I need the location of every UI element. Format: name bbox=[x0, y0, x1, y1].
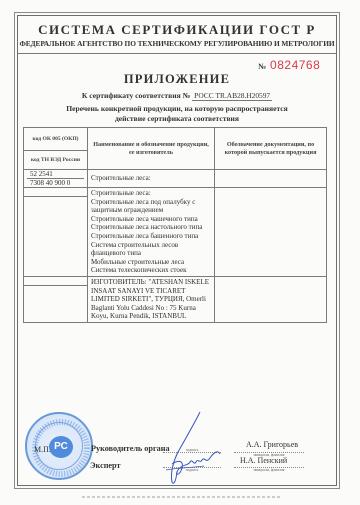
expert-name-caption: инициалы, фамилия bbox=[234, 468, 304, 472]
handwritten-signature-icon bbox=[160, 410, 235, 490]
product-name-cell: Строительные леса: bbox=[88, 170, 215, 188]
head-name: А.А. Григорьев bbox=[246, 440, 298, 449]
code-cell-empty bbox=[24, 188, 88, 277]
product-item: Система телескопических стоек bbox=[91, 266, 211, 275]
product-item: Строительные леса чашечного типа bbox=[91, 215, 211, 224]
header-divider bbox=[17, 53, 337, 54]
code-tn-value: 7308 40 900 0 bbox=[27, 179, 84, 187]
header-code-ok: код ОК 005 (ОКП) bbox=[24, 128, 88, 151]
certificate-ref-value: РОСС TR.АВ28.Н20597 bbox=[192, 91, 272, 101]
code-cell: 52 2541 7308 40 900 0 bbox=[24, 170, 88, 188]
list-heading: Перечень конкретной продукции, на котору… bbox=[17, 104, 337, 123]
certificate-ref-label: К сертификату соответствия № bbox=[82, 91, 190, 100]
certificate-reference: К сертификату соответствия № РОСС TR.АВ2… bbox=[17, 91, 337, 100]
list-heading-line1: Перечень конкретной продукции, на котору… bbox=[17, 104, 337, 114]
table-row: ИЗГОТОВИТЕЛЬ: "ATESHAN ISKELE INSAAT SAN… bbox=[24, 276, 327, 322]
product-item: Строительные леса под опалубку с защитны… bbox=[91, 198, 211, 215]
product-item: Мобильные строительные леса bbox=[91, 258, 211, 267]
form-number: №0824768 bbox=[258, 58, 320, 72]
table-row: 52 2541 7308 40 900 0 Строительные леса: bbox=[24, 170, 327, 188]
head-of-body-label: Руководитель органа bbox=[91, 444, 170, 453]
system-title: СИСТЕМА СЕРТИФИКАЦИИ ГОСТ Р bbox=[17, 22, 337, 38]
product-name-cell: Строительные леса: Строительные леса под… bbox=[88, 188, 215, 277]
expert-label: Эксперт bbox=[90, 461, 121, 470]
code-ok-value: 52 2541 bbox=[27, 170, 84, 179]
table-header-row: код ОК 005 (ОКП) Наименование и обозначе… bbox=[24, 128, 327, 151]
product-item: Строительные леса башенного типа bbox=[91, 232, 211, 241]
code-subcell-empty bbox=[24, 188, 87, 197]
code-cell-empty bbox=[24, 276, 88, 322]
expert-name: Н.А. Пенский bbox=[240, 456, 287, 465]
list-heading-line2: действие сертификата соответствия bbox=[17, 114, 337, 124]
manufacturer-cell: ИЗГОТОВИТЕЛЬ: "ATESHAN ISKELE INSAAT SAN… bbox=[88, 276, 215, 322]
form-number-prefix: № bbox=[258, 62, 266, 71]
document-title: ПРИЛОЖЕНИЕ bbox=[17, 72, 337, 87]
form-number-value: 0824768 bbox=[270, 58, 320, 72]
agency-name: ФЕДЕРАЛЬНОЕ АГЕНТСТВО ПО ТЕХНИЧЕСКОМУ РЕ… bbox=[17, 39, 337, 48]
documentation-cell bbox=[215, 170, 327, 188]
footer-fine-print bbox=[82, 496, 282, 498]
documentation-cell bbox=[215, 188, 327, 277]
header-code-tn: код ТН ВЭД России bbox=[24, 151, 88, 170]
table-row: Строительные леса: Строительные леса под… bbox=[24, 188, 327, 277]
header-product-name: Наименование и обозначение продукции, ее… bbox=[88, 128, 215, 170]
code-subcell-empty bbox=[24, 277, 87, 286]
product-item: Строительные леса: bbox=[91, 189, 211, 198]
stamp-mp-label: М.П. bbox=[34, 445, 51, 454]
product-table: код ОК 005 (ОКП) Наименование и обозначе… bbox=[23, 127, 327, 323]
product-item: Система строительных лесов фланцевого ти… bbox=[91, 241, 211, 258]
documentation-cell bbox=[215, 276, 327, 322]
header-documentation: Обозначение документации, по которой вып… bbox=[215, 128, 327, 170]
rs-mark-icon: РС bbox=[49, 436, 73, 458]
product-item: Строительные леса настольного типа bbox=[91, 223, 211, 232]
